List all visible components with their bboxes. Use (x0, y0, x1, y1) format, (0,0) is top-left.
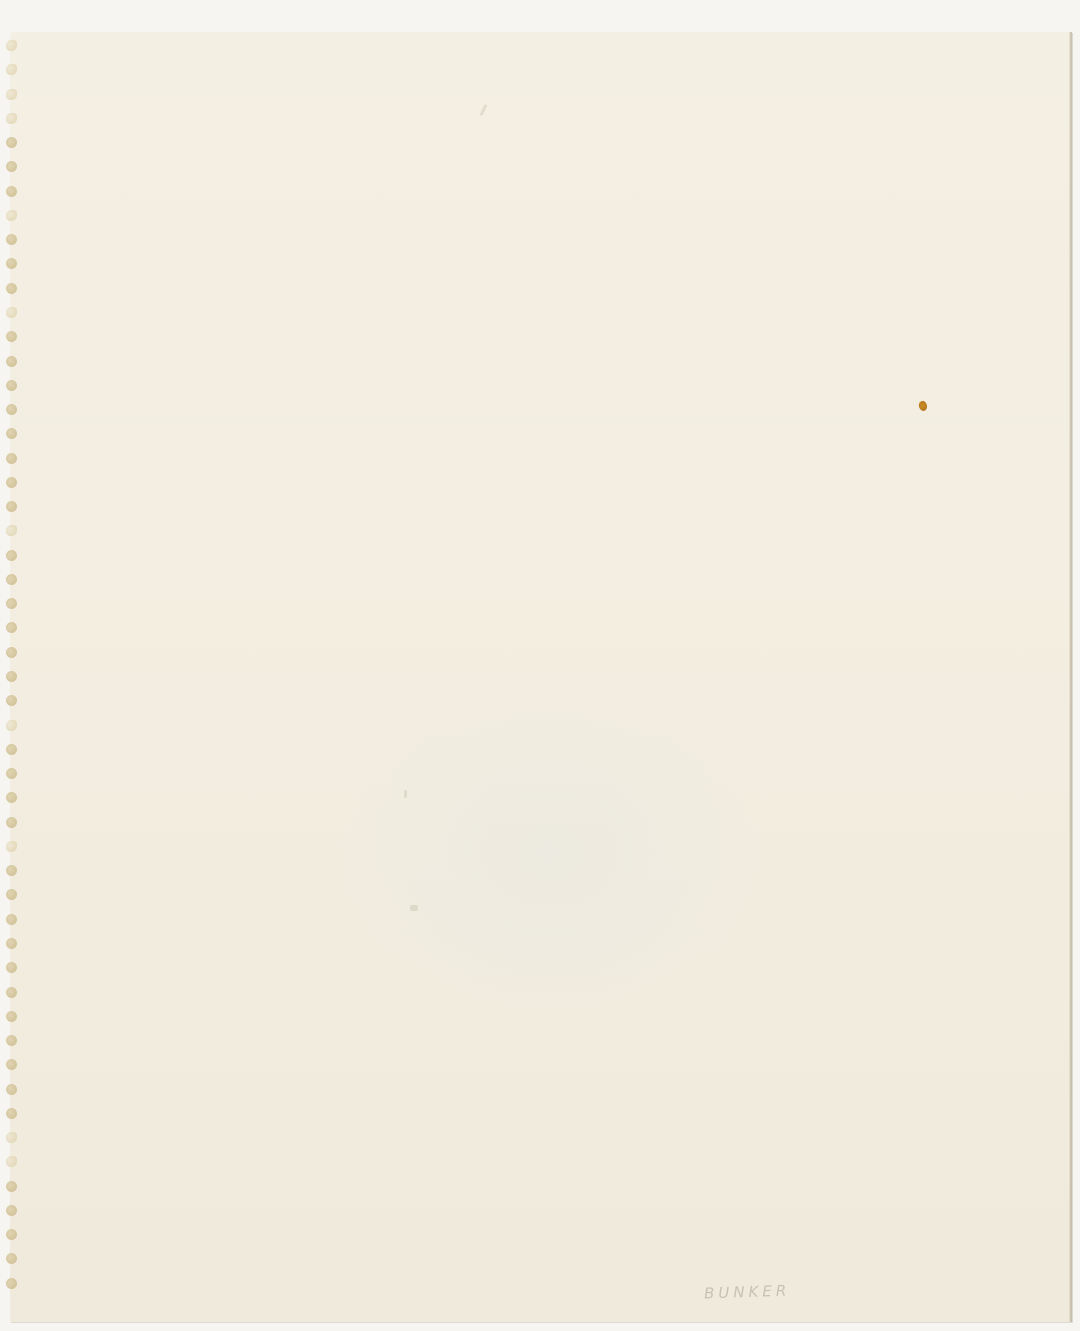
perforation-hole (6, 1205, 17, 1216)
perforation-hole (6, 962, 17, 973)
perforation-hole (6, 671, 17, 682)
paper-sheet (10, 32, 1072, 1322)
perforation-hole (6, 453, 17, 464)
perforation-hole (6, 720, 17, 731)
perforation-hole (6, 574, 17, 585)
perforation-hole (6, 428, 17, 439)
spiral-perforations (2, 40, 28, 1320)
perforation-hole (6, 331, 17, 342)
perforation-hole (6, 550, 17, 561)
perforation-hole (6, 307, 17, 318)
perforation-hole (6, 283, 17, 294)
perforation-hole (6, 987, 17, 998)
perforation-hole (6, 161, 17, 172)
perforation-hole (6, 380, 17, 391)
perforation-hole (6, 1035, 17, 1046)
perforation-hole (6, 64, 17, 75)
perforation-hole (6, 647, 17, 658)
perforation-hole (6, 598, 17, 609)
perforation-hole (6, 817, 17, 828)
perforation-hole (6, 234, 17, 245)
perforation-hole (6, 258, 17, 269)
perforation-hole (6, 525, 17, 536)
perforation-hole (6, 210, 17, 221)
perforation-hole (6, 89, 17, 100)
perforation-hole (6, 404, 17, 415)
pencil-inscription: BUNKER (704, 1282, 791, 1303)
perforation-hole (6, 477, 17, 488)
perforation-hole (6, 914, 17, 925)
pencil-smudge (410, 905, 418, 911)
perforation-hole (6, 1011, 17, 1022)
perforation-hole (6, 356, 17, 367)
perforation-hole (6, 40, 17, 51)
perforation-hole (6, 1108, 17, 1119)
perforation-hole (6, 792, 17, 803)
pencil-smudge (404, 790, 407, 798)
perforation-hole (6, 1156, 17, 1167)
perforation-hole (6, 113, 17, 124)
perforation-hole (6, 186, 17, 197)
perforation-hole (6, 1181, 17, 1192)
perforation-hole (6, 622, 17, 633)
perforation-hole (6, 1278, 17, 1289)
perforation-hole (6, 1253, 17, 1264)
perforation-hole (6, 137, 17, 148)
perforation-hole (6, 768, 17, 779)
perforation-hole (6, 744, 17, 755)
perforation-hole (6, 889, 17, 900)
perforation-hole (6, 1059, 17, 1070)
perforation-hole (6, 1084, 17, 1095)
perforation-hole (6, 695, 17, 706)
perforation-hole (6, 1229, 17, 1240)
perforation-hole (6, 938, 17, 949)
perforation-hole (6, 841, 17, 852)
sheet-right-edge (1069, 32, 1072, 1322)
perforation-hole (6, 1132, 17, 1143)
perforation-hole (6, 865, 17, 876)
perforation-hole (6, 501, 17, 512)
